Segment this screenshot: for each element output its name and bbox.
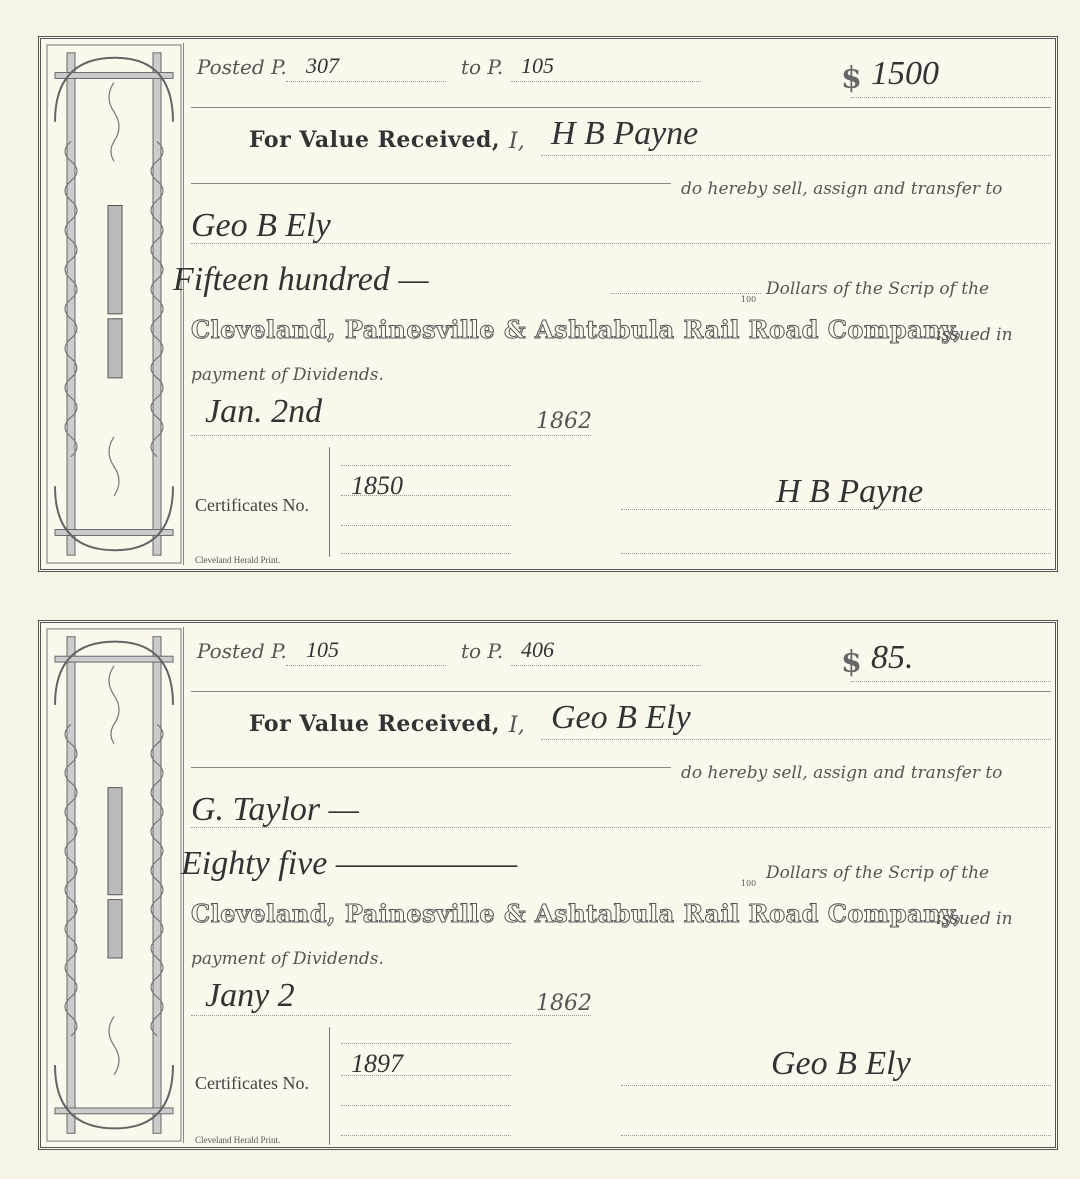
amount-in-words: Fifteen hundred — [173,261,429,299]
ornamental-vignette [45,627,184,1143]
ornamental-border-icon [45,43,183,565]
amount-in-words: Eighty five —————— [181,845,517,883]
date-value: Jan. 2nd [205,393,322,431]
amount-value: 1500 [871,55,939,93]
assignee-name: G. Taylor — [191,791,359,829]
pronoun-label: I, [509,129,525,154]
posted-to-value: 105 [521,53,554,79]
posted-label: Posted P. [197,639,287,663]
posted-from-value: 307 [306,53,339,79]
certificates-no-label: Certificates No. [195,495,309,516]
cents-denominator: 100 [741,879,756,888]
payment-of-dividends-text: payment of Dividends. [191,365,384,385]
posted-label: Posted P. [197,55,287,79]
dollars-of-scrip-text: Dollars of the Scrip of the [766,863,989,883]
assign-text: do hereby sell, assign and transfer to [681,763,1002,783]
dollar-sign: $ [841,645,862,680]
dollar-sign: $ [841,61,862,96]
year-value: 1862 [536,991,592,1016]
dollars-of-scrip-text: Dollars of the Scrip of the [766,279,989,299]
pronoun-label: I, [509,713,525,738]
printer-credit: Cleveland Herald Print. [195,555,280,565]
company-name: Cleveland, Painesville & Ashtabula Rail … [191,899,962,928]
certificate-1: Posted P. 307 to P. 105 $ 1500 For Value… [38,36,1058,572]
certificate-2: Posted P. 105 to P. 406 $ 85. For Value … [38,620,1058,1150]
signature: H B Payne [776,473,923,511]
for-value-received-label: For Value Received, [249,127,500,153]
amount-value: 85. [871,639,914,677]
posted-from-value: 105 [306,637,339,663]
certificate-number: 1850 [351,471,403,501]
assign-text: do hereby sell, assign and transfer to [681,179,1002,199]
year-value: 1862 [536,409,592,434]
ornamental-border-icon [45,627,183,1143]
assignor-name: H B Payne [551,115,698,153]
to-label: to P. [461,55,503,79]
ornamental-vignette [45,43,184,565]
for-value-received-label: For Value Received, [249,711,500,737]
date-value: Jany 2 [205,977,295,1015]
certificate-body: Posted P. 105 to P. 406 $ 85. For Value … [191,623,1047,1147]
cents-denominator: 100 [741,295,756,304]
to-label: to P. [461,639,503,663]
posted-to-value: 406 [521,637,554,663]
payment-of-dividends-text: payment of Dividends. [191,949,384,969]
certificates-no-label: Certificates No. [195,1073,309,1094]
certificate-body: Posted P. 307 to P. 105 $ 1500 For Value… [191,39,1047,569]
assignee-name: Geo B Ely [191,207,331,245]
issued-in-text: issued in [936,325,1013,345]
assignor-name: Geo B Ely [551,699,691,737]
company-name: Cleveland, Painesville & Ashtabula Rail … [191,315,962,344]
issued-in-text: issued in [936,909,1013,929]
printer-credit: Cleveland Herald Print. [195,1135,280,1145]
signature: Geo B Ely [771,1045,911,1083]
